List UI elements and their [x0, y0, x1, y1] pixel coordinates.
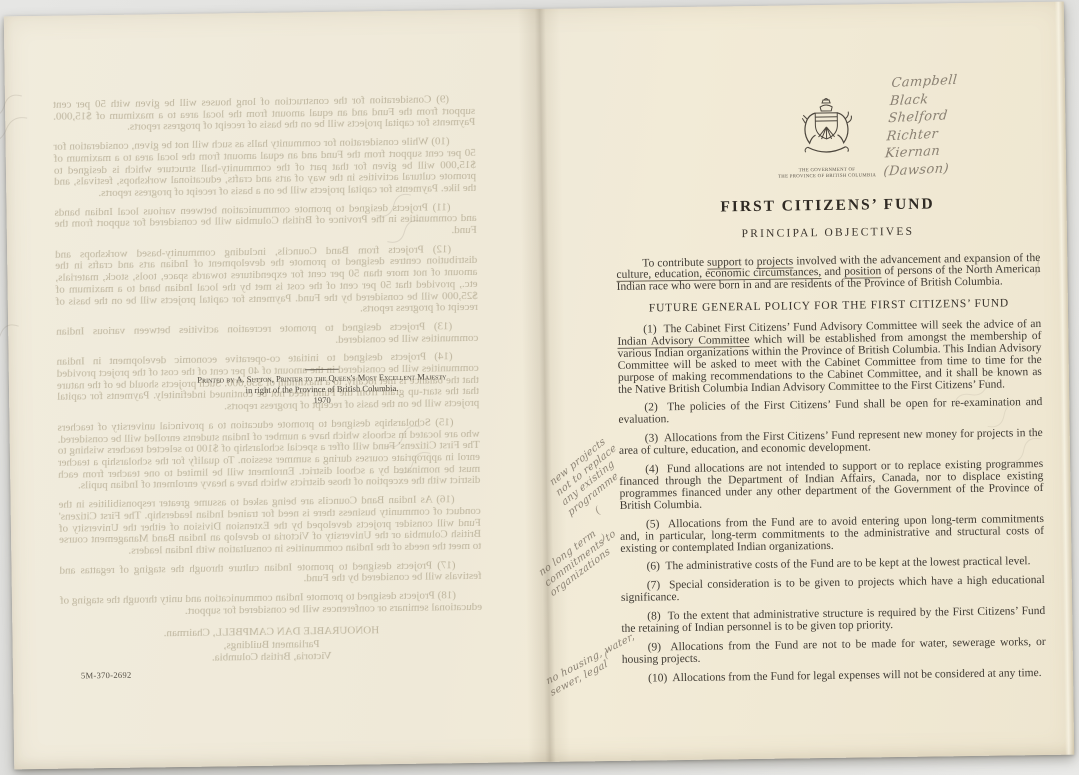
- policy-paragraph: (10) Allocations from the Fund for legal…: [622, 668, 1046, 686]
- document-spread: (9) Consideration for the construction o…: [4, 2, 1074, 770]
- paragraph-number: (7): [647, 580, 669, 592]
- document-subtitle: PRINCIPAL OBJECTIVES: [616, 224, 1040, 242]
- text-segment: The policies of the First Citizens’ Fund…: [618, 396, 1042, 426]
- text-segment: Fund allocations are not intended to sup…: [619, 458, 1043, 512]
- bleedthrough-paragraph: (18) Projects designed to promote Indian…: [60, 590, 482, 619]
- bc-coat-of-arms-icon: [795, 97, 858, 162]
- bleedthrough-signature: HONOURABLE DAN CAMPBELL, Chairman.Parlia…: [60, 623, 482, 666]
- form-number: 5M-370-2692: [81, 670, 132, 681]
- policy-paragraph: (8) To the extent that administrative st…: [621, 606, 1045, 636]
- policy-paragraphs: (1) The Cabinet First Citizens’ Fund Adv…: [617, 319, 1046, 693]
- text-segment: To contribute: [642, 256, 707, 269]
- paragraph-number: (2): [644, 402, 667, 414]
- policy-paragraph: (6) The administrative costs of the Fund…: [620, 556, 1044, 574]
- text-segment: Allocations from the Fund are not to be …: [622, 636, 1046, 666]
- handwritten-name: Campbell: [891, 72, 958, 93]
- text-segment: Allocations from the Fund are to avoid e…: [620, 513, 1044, 555]
- objectives-paragraph: To contribute support to projects involv…: [616, 252, 1040, 294]
- paragraph-number: (1): [643, 323, 663, 335]
- bleedthrough-paragraph: (16) As Indian Band Councils are being a…: [59, 494, 482, 558]
- policy-paragraph: (4) Fund allocations are not intended to…: [619, 459, 1044, 513]
- bleedthrough-paragraph: (10) While consideration for community h…: [54, 136, 477, 200]
- policy-paragraph: (3) Allocations from the First Citizens’…: [619, 428, 1043, 458]
- paragraph-number: (6): [646, 561, 665, 573]
- bleedthrough-handwriting-mark: [0, 78, 50, 183]
- colophon-rule: [305, 369, 339, 370]
- section-heading: FUTURE GENERAL POLICY FOR THE FIRST CITI…: [617, 297, 1041, 315]
- bleedthrough-paragraph: (12) Projects from Band Councils, includ…: [55, 244, 478, 320]
- bleedthrough-paragraph: (17) Projects designed to promote Indian…: [59, 559, 481, 588]
- paragraph-number: (4): [645, 463, 667, 475]
- left-page: (9) Consideration for the construction o…: [4, 9, 544, 769]
- policy-paragraph: (5) Allocations from the Fund are to avo…: [620, 514, 1044, 556]
- margin-note: no long termcommitments toorganizations: [538, 517, 624, 599]
- text-segment: Allocations from the First Citizens’ Fun…: [619, 427, 1043, 457]
- bleedthrough-paragraph: (13) Projects designed to promote recrea…: [56, 321, 478, 350]
- text-segment: Special consideration is to be given to …: [621, 574, 1045, 604]
- bleedthrough-paragraph: (15) Scholarships designed to promote ed…: [57, 417, 480, 493]
- policy-paragraph: (9) Allocations from the Fund are not to…: [622, 637, 1046, 667]
- document-title: FIRST CITIZENS’ FUND: [615, 194, 1039, 218]
- crest-block: THE GOVERNMENT OF THE PROVINCE OF BRITIS…: [614, 94, 1039, 182]
- text-segment: and: [821, 266, 844, 278]
- policy-paragraph: (7) Special consideration is to be given…: [621, 575, 1045, 605]
- paragraph-number: (8): [647, 610, 668, 622]
- paragraph-number: (3): [645, 433, 664, 445]
- text-segment: Allocations from the Fund for legal expe…: [672, 667, 1041, 684]
- scan-background: (9) Consideration for the construction o…: [0, 0, 1079, 775]
- bleedthrough-paragraph: (11) Projects designed to promote commun…: [54, 201, 476, 242]
- pencil-mark: (: [594, 504, 602, 517]
- paragraph-number: (5): [646, 518, 668, 530]
- text-segment: to: [742, 255, 757, 267]
- colophon: Printed by A. Sutton, Printer to the Que…: [142, 367, 502, 409]
- paragraph-number: (9): [648, 641, 671, 653]
- text-segment: To the extent that administrative struct…: [621, 605, 1045, 635]
- right-page: CampbellBlackShelfordRichterKiernan(Daws…: [534, 2, 1074, 762]
- policy-paragraph: (1) The Cabinet First Citizens’ Fund Adv…: [617, 319, 1042, 396]
- paragraph-number: (10): [648, 672, 672, 684]
- text-segment: The administrative costs of the Fund are…: [665, 556, 1030, 573]
- bleedthrough-paragraph: (9) Consideration for the construction o…: [53, 94, 475, 135]
- bleedthrough-handwriting-mark: [0, 306, 39, 390]
- policy-paragraph: (2) The policies of the First Citizens’ …: [618, 397, 1042, 427]
